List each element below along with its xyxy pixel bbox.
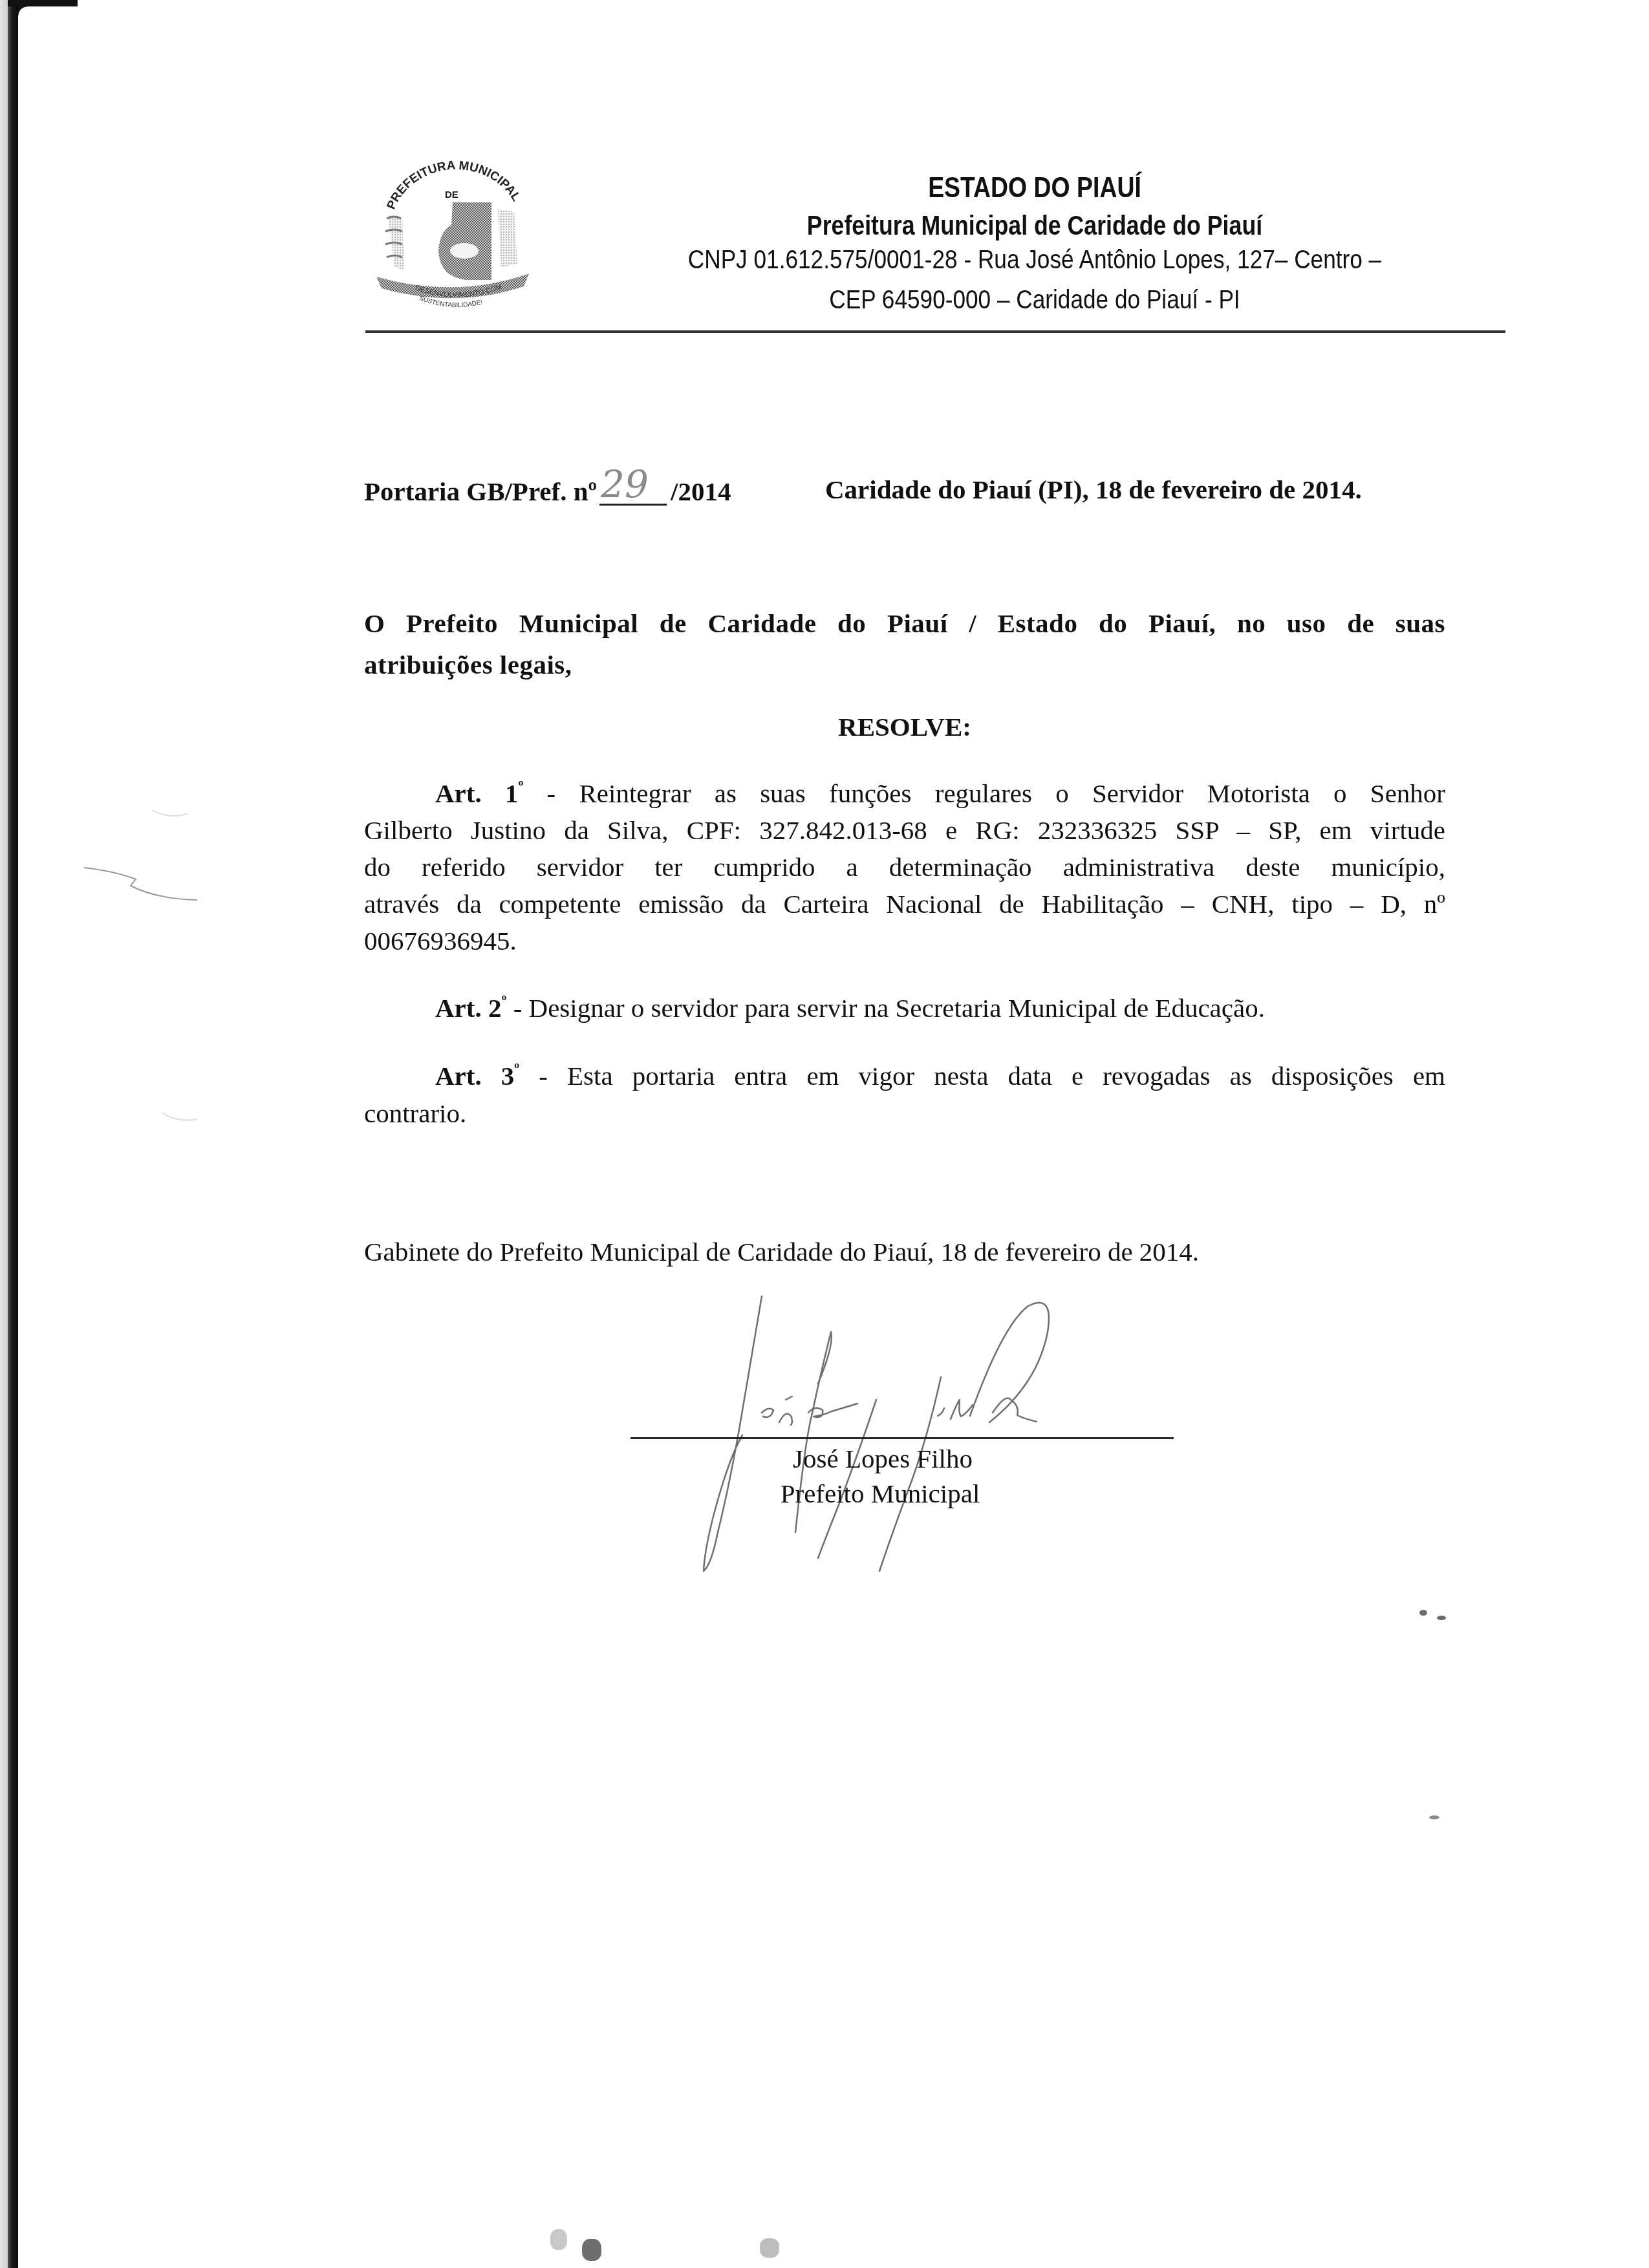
article-1-line-5: 00676936945. [364,925,517,956]
handwritten-signature-icon [666,1287,1235,1584]
scan-smudge [550,2229,567,2250]
article-3-line-2: contrario. [364,1098,466,1129]
header-divider [365,330,1505,333]
stray-faint-mark [149,805,200,824]
article-3-line-1: Art. 3º - Esta portaria entra em vigor n… [435,1060,1445,1091]
article-3-label: Art. 3º [435,1061,519,1091]
header-prefecture: Prefeitura Municipal de Caridade do Piau… [650,210,1419,241]
document-page: PREFEITURA MUNICIPAL DE DESENVOLVIMENTO … [0,0,1649,2268]
portaria-number-handwritten: 29 [601,462,649,506]
article-2-label: Art. 2º [435,993,506,1023]
header-cep-city: CEP 64590-000 – Caridade do Piauí - PI [636,286,1433,315]
closing-statement: Gabinete do Prefeito Municipal de Carida… [364,1236,1199,1267]
portaria-place-date: Caridade do Piauí (PI), 18 de fevereiro … [825,474,1362,505]
signatory-name: José Lopes Filho [611,1443,1154,1474]
stray-dot [1419,1610,1427,1616]
svg-text:DE: DE [445,189,458,200]
article-1-line-2: Gilberto Justino da Silva, CPF: 327.842.… [364,815,1445,846]
scan-edge-top [8,0,78,6]
stray-dot [1437,1616,1446,1620]
portaria-heading: Portaria GB/Pref. nº29/2014 [364,474,731,507]
scan-edge-border [8,0,18,2268]
scan-smudge [582,2239,601,2261]
stray-dot [1429,1815,1439,1819]
preamble-line-2: atribuições legais, [364,649,572,680]
scan-smudge [760,2238,779,2258]
stray-faint-mark [158,1109,210,1128]
portaria-year: /2014 [671,476,731,506]
portaria-prefix: Portaria GB/Pref. nº [364,476,597,506]
scan-edge-shadow [0,0,8,2268]
header-cnpj-address: CNPJ 01.612.575/0001-28 - Rua José Antôn… [636,246,1433,275]
portaria-number-field: 29 [599,474,667,506]
article-1-line-1: Art. 1º - Reintegrar as suas funções reg… [435,778,1445,809]
preamble-line-1: O Prefeito Municipal de Caridade do Piau… [364,608,1445,639]
article-2: Art. 2º - Designar o servidor para servi… [435,992,1265,1023]
resolve-heading: RESOLVE: [364,711,1445,742]
signatory-title: Prefeito Municipal [609,1478,1152,1509]
article-1-line-4: através da competente emissão da Carteir… [364,888,1445,919]
article-1-line-3: do referido servidor ter cumprido a dete… [364,851,1445,883]
article-1-label: Art. 1º [435,778,523,808]
header-state: ESTADO DO PIAUÍ [650,172,1419,204]
scan-edge-corner [18,6,27,16]
stray-pen-mark [78,860,207,912]
signature-line [630,1437,1174,1439]
municipal-coat-of-arms-icon: PREFEITURA MUNICIPAL DE DESENVOLVIMENTO … [369,154,543,316]
